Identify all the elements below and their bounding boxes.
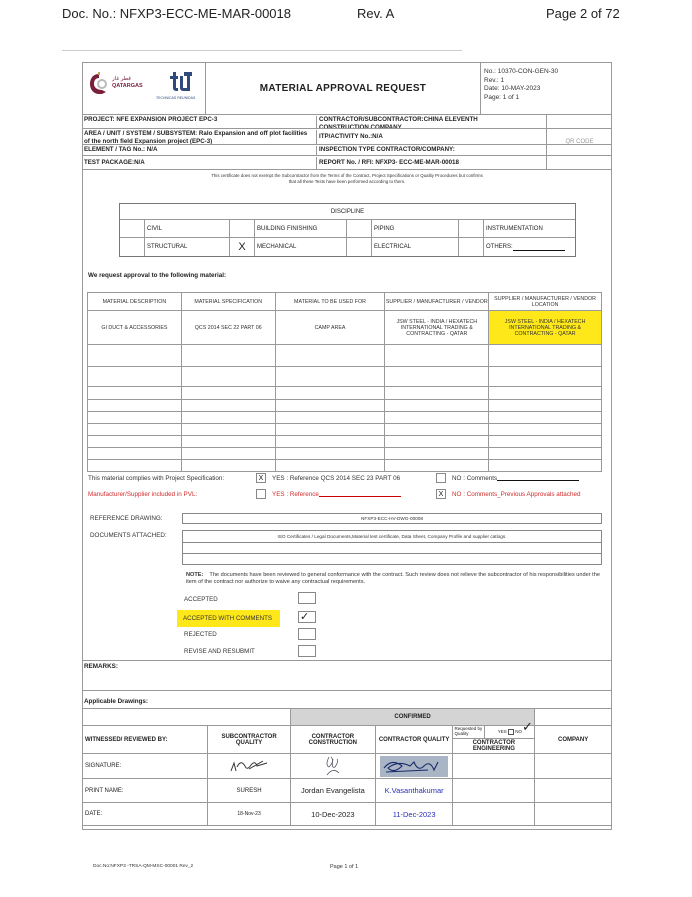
date-label: DATE: — [83, 803, 208, 826]
header-material-used-for: MATERIAL TO BE USED FOR — [275, 293, 385, 311]
table-row-empty — [88, 387, 602, 400]
col-company: COMPANY — [535, 726, 612, 754]
pvl-no-checkbox[interactable]: X — [436, 489, 446, 499]
review-note: NOTE:The documents have been reviewed to… — [186, 572, 604, 586]
table-row: GI DUCT & ACCESSORIES QCS 2014 SEC 22 PA… — [88, 311, 602, 345]
area-field: AREA / UNIT / SYSTEM / SUBSYSTEM: Ralo E… — [84, 130, 312, 145]
material-description-cell: GI DUCT & ACCESSORIES — [88, 311, 182, 345]
title-block: قطر غاز QATARGAS TECHNICAS REUNIDAS MATE… — [82, 62, 612, 114]
no-checkmark[interactable]: ✓ — [522, 721, 533, 733]
print-name-subcontractor[interactable]: SURESH — [208, 779, 291, 803]
date-engineering[interactable] — [453, 803, 535, 826]
mechanical-label: MECHANICAL — [255, 238, 347, 256]
structural-label: STRUCTURAL — [145, 238, 230, 256]
piping-checkbox[interactable] — [347, 220, 372, 237]
material-used-for-cell: CAMP AREA — [275, 311, 385, 345]
table-row-empty — [88, 424, 602, 436]
qr-code-placeholder: QR CODE — [546, 114, 612, 169]
project-field: PROJECT: NFE EXPANSION PROJECT EPC-3 — [84, 116, 312, 124]
spec-compliance-label: This material complies with Project Spec… — [88, 475, 224, 482]
discipline-title: DISCIPLINE — [120, 204, 575, 220]
discipline-row-1: CIVIL BUILDING FINISHING PIPING INSTRUME… — [120, 220, 575, 238]
status-accepted-checkbox[interactable] — [298, 592, 316, 604]
spec-no-comments[interactable]: NO : Comments — [452, 475, 579, 482]
applicable-divider — [82, 690, 612, 691]
pvl-yes-checkbox[interactable] — [256, 489, 266, 499]
doc-number: Doc. No.: NFXP3-ECC-ME-MAR-00018 — [62, 6, 291, 21]
requested-by-quality-cell: Requested by Quality YES NO✓ — [453, 726, 535, 739]
qatargas-logo-icon — [88, 72, 110, 96]
table-row-empty — [88, 448, 602, 460]
others-field[interactable]: OTHERS: — [484, 238, 575, 256]
technicas-reunidas-brand: TECHNICAS REUNIDAS — [156, 96, 195, 100]
electrical-checkbox[interactable] — [347, 238, 372, 256]
print-name-row: PRINT NAME: SURESH Jordan Evangelista K.… — [83, 779, 612, 803]
materials-header-row: MATERIAL DESCRIPTION MATERIAL SPECIFICAT… — [88, 293, 602, 311]
status-accepted-with-comments-label: ACCEPTED WITH COMMENTS — [177, 610, 280, 627]
logo-cell: قطر غاز QATARGAS TECHNICAS REUNIDAS — [82, 62, 206, 114]
status-revise-resubmit-label: REVISE AND RESUBMIT — [182, 648, 257, 655]
instrumentation-checkbox[interactable] — [459, 220, 484, 237]
info-row-element: ELEMENT / TAG No.: N/A INSPECTION TYPE C… — [82, 144, 612, 155]
others-underline — [513, 250, 565, 251]
header-supplier-location: SUPPLIER / MANUFACTURER / VENDOR LOCATIO… — [489, 293, 602, 311]
date-company[interactable] — [535, 803, 612, 826]
date-row: DATE: 18-Nov-23 10-Dec-2023 11-Dec-2023 — [83, 803, 612, 826]
signature-company[interactable] — [535, 754, 612, 779]
spec-yes-checkbox[interactable]: X — [256, 473, 266, 483]
col-contractor-construction: CONTRACTOR CONSTRUCTION — [290, 726, 375, 754]
print-name-company[interactable] — [535, 779, 612, 803]
date-subcontractor[interactable]: 18-Nov-23 — [208, 803, 291, 826]
yes-checkbox[interactable] — [508, 729, 514, 735]
discipline-table: DISCIPLINE CIVIL BUILDING FINISHING PIPI… — [119, 203, 576, 257]
header-material-description: MATERIAL DESCRIPTION — [88, 293, 182, 311]
date-construction[interactable]: 10-Dec-2023 — [290, 803, 375, 826]
table-row-empty — [88, 345, 602, 367]
piping-label: PIPING — [372, 220, 459, 237]
signature-quality[interactable] — [375, 754, 453, 779]
element-field: ELEMENT / TAG No.: N/A — [84, 146, 312, 154]
print-name-quality[interactable]: K.Vasanthakumar — [375, 779, 453, 803]
structural-checkbox[interactable] — [120, 238, 145, 256]
spec-yes-text: YES : Reference QCS 2014 SEC 23 PART 06 — [272, 475, 400, 482]
info-row-project: PROJECT: NFE EXPANSION PROJECT EPC-3 CON… — [82, 114, 612, 128]
print-name-engineering[interactable] — [453, 779, 535, 803]
supplier-location-cell: JSW STEEL - INDIA / HEXATECH INTERNATION… — [489, 311, 602, 345]
form-title: MATERIAL APPROVAL REQUEST — [206, 62, 481, 114]
table-row-empty — [88, 400, 602, 412]
spec-no-checkbox[interactable] — [436, 473, 446, 483]
signoff-header-row: WITNESSED/ REVIEWED BY: SUBCONTRACTOR QU… — [83, 726, 612, 739]
col-subcontractor-quality: SUBCONTRACTOR QUALITY — [208, 726, 291, 754]
header-material-specification: MATERIAL SPECIFICATION — [181, 293, 275, 311]
info-row-test-package: TEST PACKAGE:N/A REPORT No. / RFI: NFXP3… — [82, 155, 612, 169]
signature-engineering[interactable] — [453, 754, 535, 779]
header-supplier: SUPPLIER / MANUFACTURER / VENDOR — [385, 293, 489, 311]
footer-doc-number: Doc.No:NFXP3 -TRSA-QM-MSC-00001 Rev_2 — [93, 864, 193, 869]
reference-drawing-field[interactable]: NFXP3-ECC-HV-DWG-00008 — [182, 513, 602, 524]
applicable-drawings-label: Applicable Drawings: — [84, 698, 148, 705]
status-accepted-with-comments-checkbox[interactable]: ✓ — [298, 611, 316, 623]
remarks-label: REMARKS: — [84, 663, 118, 670]
footer-page-number: Page 1 of 1 — [330, 864, 358, 870]
signature-scribble-icon — [321, 755, 345, 777]
info-row-area: AREA / UNIT / SYSTEM / SUBSYSTEM: Ralo E… — [82, 128, 612, 144]
signature-scribble-icon — [227, 757, 271, 775]
reference-drawing-label: REFERENCE DRAWING: — [90, 515, 163, 522]
documents-attached-label: DOCUMENTS ATTACHED: — [90, 532, 167, 539]
table-row-empty — [88, 436, 602, 448]
table-row-empty — [88, 460, 602, 472]
discipline-row-2: STRUCTURAL X MECHANICAL ELECTRICAL OTHER… — [120, 238, 575, 256]
civil-checkbox[interactable] — [120, 220, 145, 237]
test-package-field: TEST PACKAGE:N/A — [84, 157, 312, 169]
form-date: Date: 10-MAY-2023 — [484, 85, 558, 94]
mechanical-checkbox[interactable]: X — [230, 238, 255, 256]
signature-row: SIGNATURE: — [83, 754, 612, 779]
instrumentation-label: INSTRUMENTATION — [484, 220, 575, 237]
table-row-empty — [88, 367, 602, 387]
request-label: We request approval to the following mat… — [88, 272, 226, 279]
pvl-label: Manufacturer/Supplier included in PVL: — [88, 491, 197, 498]
signoff-table: CONFIRMED WITNESSED/ REVIEWED BY: SUBCON… — [82, 708, 612, 826]
status-revise-resubmit-checkbox[interactable] — [298, 645, 316, 657]
remarks-divider — [82, 660, 612, 661]
confirmed-header: CONFIRMED — [290, 709, 534, 726]
civil-label: CIVIL — [145, 220, 230, 237]
col-contractor-engineering: CONTRACTOR ENGINEERING — [453, 739, 535, 754]
pvl-no-comments: NO : Comments_Previous Approvals attache… — [452, 491, 580, 498]
itp-field: ITP/ACTIVITY No.:N/A — [316, 130, 516, 145]
print-name-label: PRINT NAME: — [83, 779, 208, 803]
supplier-cell: JSW STEEL - INDIA / HEXATECH INTERNATION… — [385, 311, 489, 345]
pvl-yes-reference[interactable]: YES : Reference — [272, 491, 401, 498]
form-rev: Rev.: 1 — [484, 77, 558, 86]
form-page: Page: 1 of 1 — [484, 94, 558, 103]
material-specification-cell: QCS 2014 SEC 22 PART 06 — [181, 311, 275, 345]
signature-scribble-icon — [380, 756, 448, 777]
others-checkbox[interactable] — [459, 238, 484, 256]
status-accepted-label: ACCEPTED — [182, 596, 220, 603]
date-quality[interactable]: 11-Dec-2023 — [375, 803, 453, 826]
signature-subcontractor[interactable] — [208, 754, 291, 779]
page-number: Page 2 of 72 — [546, 6, 620, 21]
form-meta: No.: 10370-CON-GEN-30 Rev.: 1 Date: 10-M… — [484, 68, 558, 102]
status-rejected-label: REJECTED — [182, 631, 219, 638]
technicas-reunidas-logo-icon — [168, 70, 194, 92]
print-name-construction[interactable]: Jordan Evangelista — [290, 779, 375, 803]
signature-construction[interactable] — [290, 754, 375, 779]
building-finishing-checkbox[interactable] — [230, 220, 255, 237]
header-divider — [62, 50, 462, 51]
revision: Rev. A — [357, 6, 394, 21]
signature-image — [380, 756, 448, 777]
witnessed-label: WITNESSED/ REVIEWED BY: — [83, 726, 208, 754]
materials-table: MATERIAL DESCRIPTION MATERIAL SPECIFICAT… — [87, 292, 602, 472]
electrical-label: ELECTRICAL — [372, 238, 459, 256]
table-row-empty — [88, 412, 602, 424]
yes-no-selector[interactable]: YES NO✓ — [485, 726, 534, 738]
col-contractor-quality: CONTRACTOR QUALITY — [375, 726, 453, 754]
status-rejected-checkbox[interactable] — [298, 628, 316, 640]
documents-attached-field[interactable]: ISO Certificates / Legal Documents,Mater… — [182, 530, 602, 565]
signature-label: SIGNATURE: — [83, 754, 208, 779]
qatargas-brand: قطر غاز QATARGAS — [112, 76, 143, 90]
form-no: No.: 10370-CON-GEN-30 — [484, 68, 558, 77]
building-finishing-label: BUILDING FINISHING — [255, 220, 347, 237]
certificate-note: This certificate does not exempt the Sub… — [82, 169, 612, 184]
